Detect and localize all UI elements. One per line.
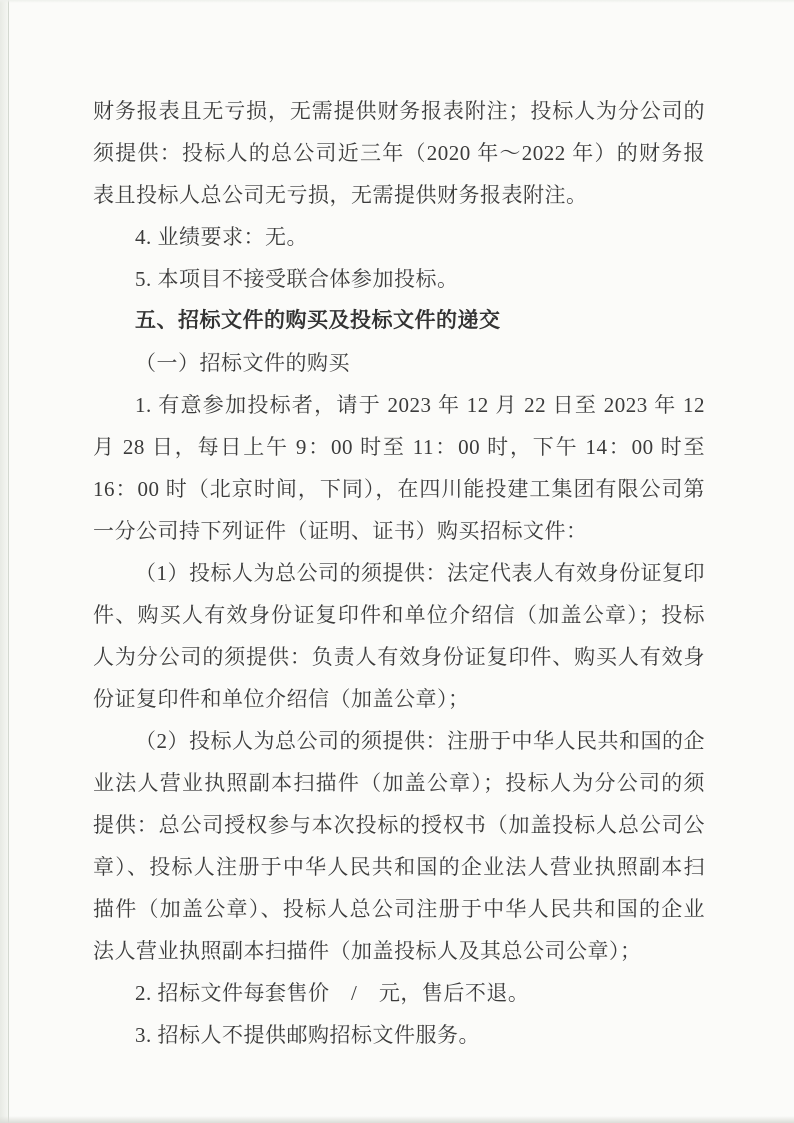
item-1-purchase-time-and-place: 1. 有意参加投标者，请于 2023 年 12 月 22 日至 2023 年 1… [93,384,705,552]
document-body: 财务报表且无亏损，无需提供财务报表附注；投标人为分公司的须提供：投标人的总公司近… [93,90,705,1056]
item-4-performance-requirement: 4. 业绩要求：无。 [93,216,705,258]
subitem-2-business-license-requirements: （2）投标人为总公司的须提供：注册于中华人民共和国的企业法人营业执照副本扫描件（… [93,720,705,972]
section-5-heading-purchase-and-submission: 五、招标文件的购买及投标文件的递交 [93,300,705,342]
subitem-1-certificates-head-office: （1）投标人为总公司的须提供：法定代表人有效身份证复印件、购买人有效身份证复印件… [93,552,705,720]
page-scan-edge-top [0,0,794,3]
item-3-no-mail-order: 3. 招标人不提供邮购招标文件服务。 [93,1014,705,1056]
para-financial-statements-continuation: 财务报表且无亏损，无需提供财务报表附注；投标人为分公司的须提供：投标人的总公司近… [93,90,705,216]
item-2-document-price: 2. 招标文件每套售价 / 元，售后不退。 [93,972,705,1014]
scanned-document-page: 财务报表且无亏损，无需提供财务报表附注；投标人为分公司的须提供：投标人的总公司近… [0,0,794,1123]
subsection-1-heading-document-purchase: （一）招标文件的购买 [93,342,705,384]
item-5-no-consortium: 5. 本项目不接受联合体参加投标。 [93,258,705,300]
page-scan-edge-bottom [0,1116,794,1123]
page-scan-edge-left [0,0,9,1123]
